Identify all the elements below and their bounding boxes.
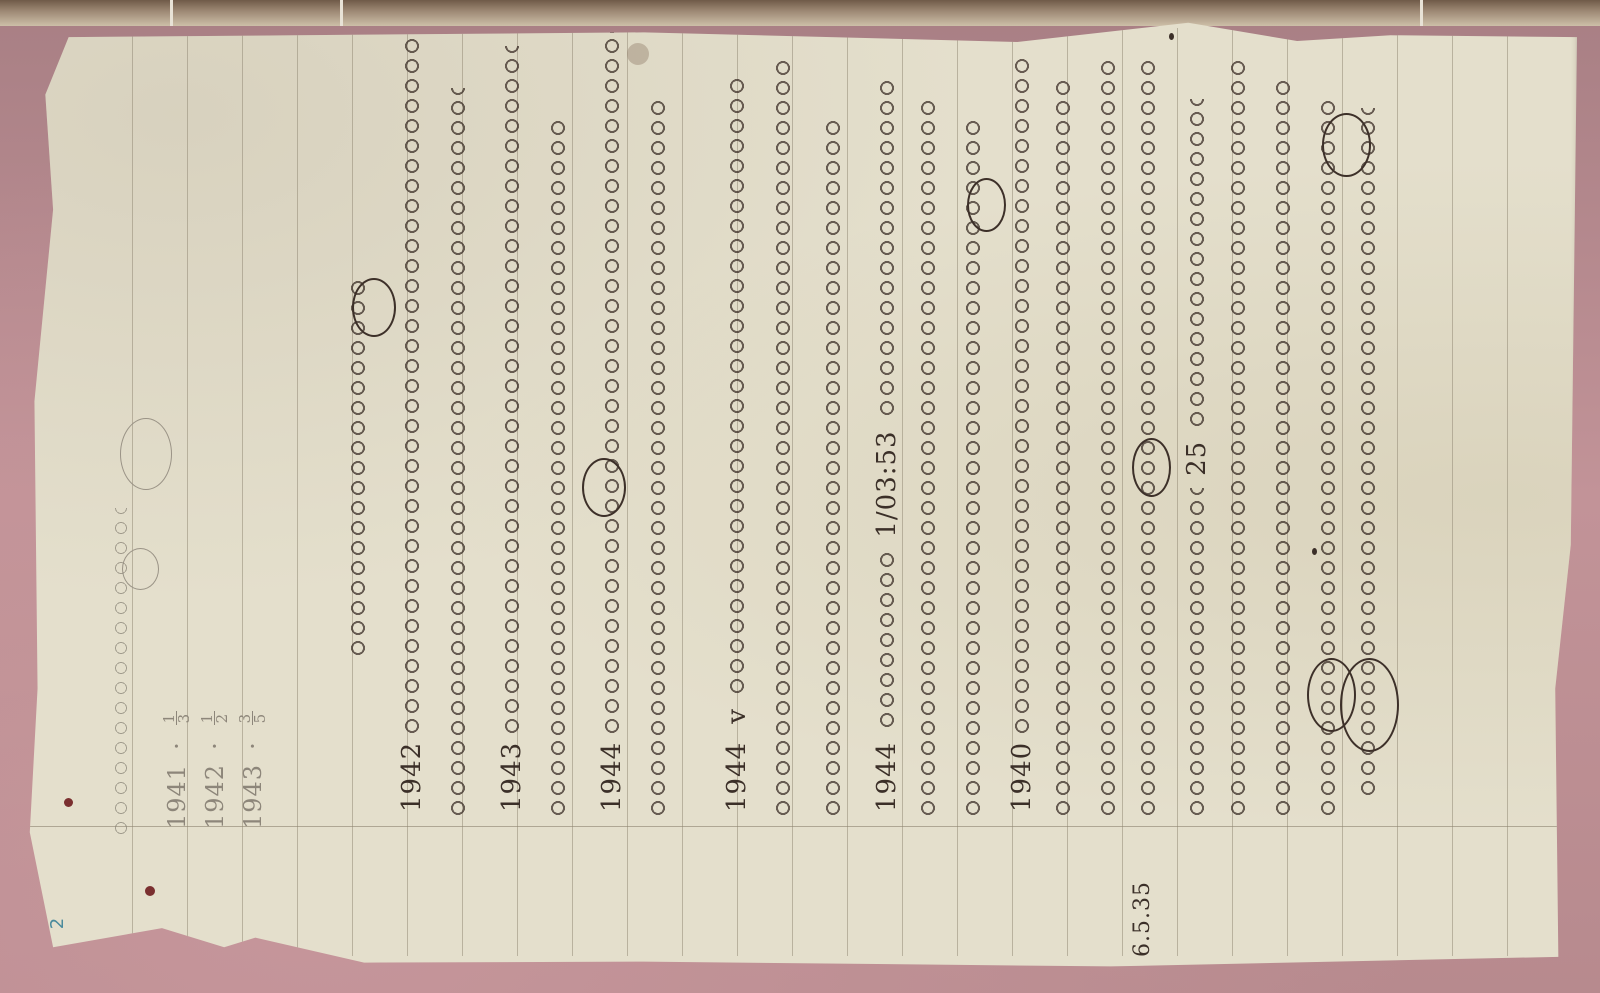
binding-stitch bbox=[170, 0, 173, 26]
text-line: 1943 bbox=[497, 46, 527, 818]
text-line bbox=[547, 118, 569, 818]
ink-dot bbox=[1169, 33, 1174, 40]
paper-hole bbox=[64, 798, 73, 807]
odia-handwriting bbox=[876, 78, 898, 418]
odia-handwriting bbox=[1186, 99, 1208, 429]
script-loop bbox=[967, 178, 1006, 232]
script-loop bbox=[1322, 113, 1371, 177]
pencil-row-1943: 1943 · 35 bbox=[238, 705, 267, 833]
script-loop bbox=[1132, 438, 1171, 497]
ruled-line bbox=[627, 28, 628, 956]
page-number: 2 bbox=[47, 918, 68, 929]
odia-handwriting bbox=[772, 58, 794, 818]
ruled-line bbox=[1507, 28, 1508, 956]
odia-handwriting bbox=[822, 118, 844, 818]
odia-handwriting bbox=[1227, 58, 1249, 818]
text-line: 1944 bbox=[597, 0, 627, 818]
odia-handwriting bbox=[1097, 58, 1119, 818]
odia-handwriting bbox=[1011, 56, 1033, 736]
script-loop bbox=[1307, 658, 1356, 732]
odia-handwriting bbox=[1272, 78, 1294, 818]
script-loop bbox=[582, 458, 626, 517]
paper-hole bbox=[145, 886, 155, 896]
pencil-row-1941: 1941 · 13 bbox=[162, 705, 191, 833]
ruled-line bbox=[1452, 28, 1453, 956]
book-binding-edge bbox=[0, 0, 1600, 26]
odia-handwriting bbox=[547, 118, 569, 818]
ruled-line bbox=[1397, 28, 1398, 956]
text-line bbox=[1227, 58, 1249, 818]
ruled-line bbox=[1122, 28, 1123, 956]
text-line: 1944 v bbox=[722, 76, 752, 818]
text-line: 1944 1/03:53 bbox=[872, 78, 902, 818]
pencil-row-1942: 1942 · 12 bbox=[200, 705, 229, 833]
binding-stitch bbox=[340, 0, 343, 26]
inline-number: 25 bbox=[1182, 435, 1212, 482]
fraction: 12 bbox=[200, 705, 229, 731]
ruled-line bbox=[297, 28, 298, 956]
script-loop bbox=[352, 278, 396, 337]
odia-handwriting bbox=[1052, 78, 1074, 818]
ruled-line bbox=[682, 28, 683, 956]
manuscript-page: 1941 · 13 1942 · 12 1943 · 35 1942 1943 … bbox=[22, 18, 1577, 976]
odia-handwriting bbox=[917, 98, 939, 818]
fraction: 13 bbox=[162, 705, 191, 731]
text-line: 25 bbox=[1182, 99, 1212, 818]
text-line: 1942 bbox=[397, 36, 427, 818]
text-line bbox=[917, 98, 939, 818]
date-note: 6.5.35 bbox=[1130, 875, 1155, 963]
odia-handwriting bbox=[726, 76, 748, 696]
odia-handwriting bbox=[501, 46, 523, 736]
script-loop bbox=[122, 548, 159, 590]
odia-handwriting bbox=[601, 0, 623, 736]
ruled-line bbox=[132, 28, 133, 956]
ruled-line bbox=[847, 28, 848, 956]
text-line bbox=[772, 58, 794, 818]
ruled-line bbox=[572, 28, 573, 956]
ruled-line bbox=[902, 28, 903, 956]
odia-handwriting bbox=[447, 88, 469, 818]
ink-stain bbox=[627, 43, 649, 65]
text-line bbox=[1097, 58, 1119, 818]
text-line: 1940 bbox=[1007, 56, 1037, 818]
odia-handwriting bbox=[401, 36, 423, 736]
script-loop bbox=[120, 418, 172, 490]
binding-stitch bbox=[1420, 0, 1423, 26]
inline-time-value: 1/03:53 bbox=[872, 424, 902, 543]
text-line bbox=[647, 98, 669, 818]
odia-handwriting bbox=[1186, 488, 1208, 818]
text-line bbox=[447, 88, 469, 818]
odia-handwriting bbox=[876, 550, 898, 730]
ruled-line bbox=[1177, 28, 1178, 956]
ruled-line bbox=[957, 28, 958, 956]
text-line bbox=[822, 118, 844, 818]
text-line bbox=[1272, 78, 1294, 818]
odia-handwriting bbox=[647, 98, 669, 818]
text-line bbox=[1052, 78, 1074, 818]
fraction: 35 bbox=[238, 705, 267, 731]
